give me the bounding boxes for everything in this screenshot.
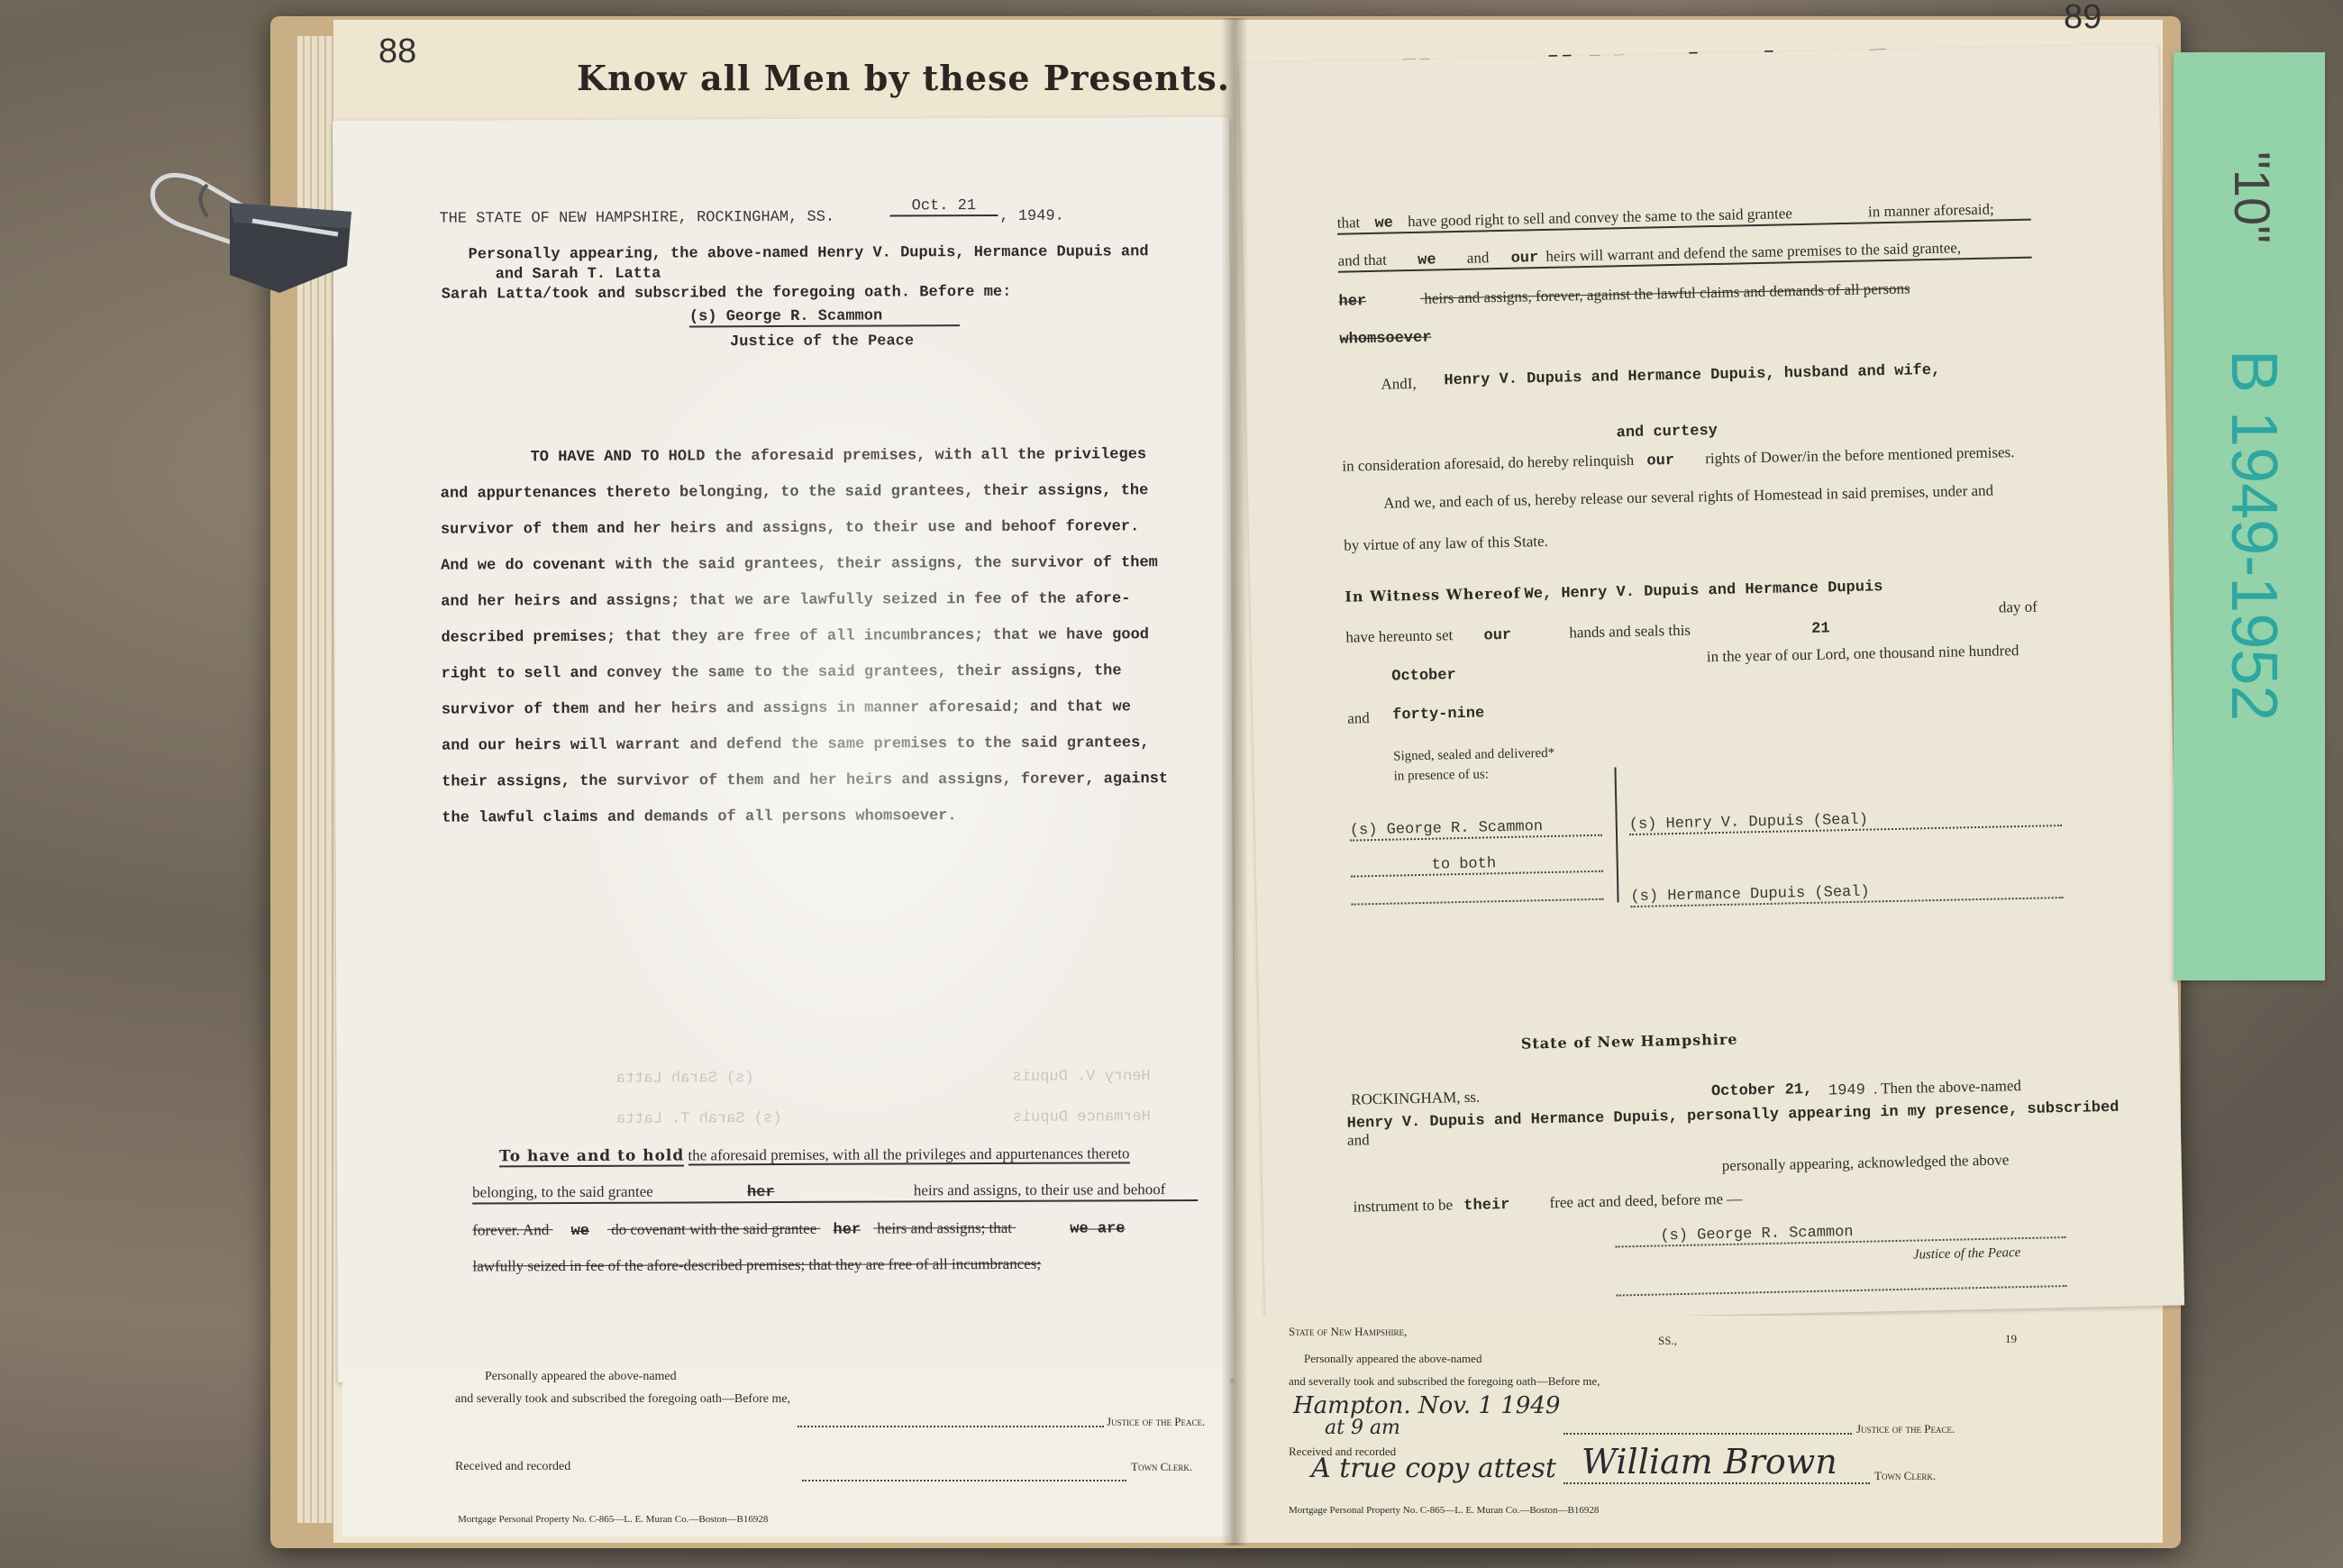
release-line1: in consideration aforesaid, do hereby re… bbox=[1342, 443, 2014, 477]
footer-line1: Personally appeared the above-named bbox=[1304, 1352, 1481, 1366]
witness-month: October bbox=[1391, 667, 1456, 685]
book-gutter bbox=[1221, 18, 1248, 1545]
printed-text: instrument to be bbox=[1353, 1196, 1453, 1215]
grantor2-signature: (s) Hermance Dupuis (Seal) bbox=[1630, 880, 2063, 907]
light-glare bbox=[541, 270, 1171, 1171]
page-number: 88 bbox=[378, 32, 416, 71]
covenant-line4: whomsoever bbox=[1339, 330, 1431, 349]
witness-heading: In Witness Whereof bbox=[1345, 585, 1521, 606]
page-header: Know all Men by these Presents. bbox=[577, 58, 1230, 98]
printed-text: and that bbox=[1337, 251, 1387, 269]
typed-insert: we are bbox=[1070, 1220, 1125, 1237]
footer-state: State of New Hampshire, bbox=[1289, 1325, 1407, 1339]
release-names: Henry V. Dupuis and Hermance Dupuis, hus… bbox=[1444, 362, 1940, 390]
printed-text: have hereunto set bbox=[1345, 626, 1453, 645]
grantor1-signature: (s) Henry V. Dupuis (Seal) bbox=[1629, 807, 2062, 835]
jp-line bbox=[1564, 1433, 1852, 1435]
printed-habendum-line4: lawfully seized in fee of the afore-desc… bbox=[472, 1255, 1041, 1276]
printed-text: and bbox=[1467, 249, 1490, 267]
notary-and: and bbox=[1347, 1131, 1370, 1150]
printed-text: that bbox=[1337, 214, 1361, 232]
footer-line2: and severally took and subscribed the fo… bbox=[1289, 1374, 1600, 1389]
typed-insert: her bbox=[1338, 293, 1366, 311]
printed-text: in manner aforesaid; bbox=[1868, 200, 1994, 220]
footer-year: 19 bbox=[2005, 1332, 2017, 1346]
notary-ack: personally appearing, acknowledged the a… bbox=[1722, 1151, 2010, 1175]
footer-jp: Justice of the Peace. bbox=[1856, 1422, 1955, 1436]
printed-line: heirs and assigns, to their use and beho… bbox=[914, 1181, 1166, 1199]
footer-clerk: Town Clerk. bbox=[1874, 1469, 1936, 1483]
typed-insert: we bbox=[1374, 214, 1393, 232]
left-footer-form: Personally appeared the above-named and … bbox=[342, 1370, 1230, 1536]
release-and: AndI, bbox=[1381, 375, 1417, 394]
printed-line: belonging, to the said grantee bbox=[472, 1183, 653, 1201]
footer-received: Received and recorded bbox=[455, 1460, 570, 1474]
release-line3: by virtue of any law of this State. bbox=[1344, 533, 1548, 555]
notary-blank-line bbox=[1617, 1285, 2067, 1296]
footer-line1: Personally appeared the above-named bbox=[485, 1370, 677, 1384]
footer-line2: and severally took and subscribed the fo… bbox=[455, 1392, 790, 1407]
notary-then: . Then the above-named bbox=[1873, 1077, 2021, 1098]
clerk-line bbox=[802, 1480, 1126, 1481]
printed-text: heirs and assigns, forever, against the … bbox=[1424, 279, 1910, 306]
footer-jp: Justice of the Peace. bbox=[1107, 1415, 1205, 1429]
ack-date: Oct. 21 bbox=[889, 197, 998, 217]
handwritten-date: Hampton. Nov. 1 1949 bbox=[1293, 1392, 1560, 1419]
witness-presence: in presence of us: bbox=[1393, 767, 1489, 784]
witness-year-words: forty-nine bbox=[1392, 705, 1484, 724]
typed-insert: our bbox=[1483, 627, 1511, 645]
printed-text: hands and seals this bbox=[1569, 622, 1691, 642]
witness-and: and bbox=[1347, 709, 1370, 728]
handwritten-time: at 9 am bbox=[1325, 1417, 1400, 1439]
notary-year: 1949 bbox=[1828, 1082, 1865, 1100]
footer-imprint: Mortgage Personal Property No. C-865—L. … bbox=[458, 1514, 768, 1525]
witness-set-row: have hereunto set our hands and seals th… bbox=[1345, 618, 1830, 647]
covenant-line1: that we have good right to sell and conv… bbox=[1337, 200, 2031, 235]
handwritten-clerk-signature: William Brown bbox=[1582, 1442, 1837, 1481]
covenant-line2: and that we and our heirs will warrant a… bbox=[1337, 238, 2031, 273]
notary-county: ROCKINGHAM, ss. bbox=[1351, 1089, 1480, 1109]
typed-insert: her bbox=[833, 1222, 861, 1239]
tab-label: B 1949-1952 bbox=[2217, 350, 2291, 721]
notary-signature: (s) George R. Scammon bbox=[1615, 1219, 2065, 1247]
printed-line: forever. And bbox=[472, 1221, 549, 1238]
printed-text: have good right to sell and convey the s… bbox=[1408, 205, 1792, 230]
state-line: THE STATE OF NEW HAMPSHIRE, ROCKINGHAM, … bbox=[439, 209, 834, 228]
clerk-line bbox=[1564, 1482, 1870, 1484]
ack-line1: Personally appearing, the above-named He… bbox=[469, 243, 1149, 263]
right-typed-sheet: that we have good right to sell and conv… bbox=[1239, 44, 2184, 1325]
printed-text: heirs will warrant and defend the same p… bbox=[1545, 239, 1961, 265]
right-footer-form: State of New Hampshire, SS., 19 Personal… bbox=[1239, 1316, 2158, 1536]
typed-day: 21 bbox=[1811, 620, 1830, 637]
typed-insert: we bbox=[571, 1223, 589, 1240]
printed-line: heirs and assigns; that bbox=[877, 1219, 1012, 1237]
witness-signed: Signed, sealed and delivered* bbox=[1393, 746, 1554, 765]
notary-date: October 21, bbox=[1711, 1081, 1813, 1100]
handwritten-attest: A true copy attest bbox=[1311, 1453, 1556, 1484]
printed-habendum-line2: belonging, to the said grantee her heirs… bbox=[472, 1181, 1198, 1205]
typed-insert: our bbox=[1646, 452, 1674, 470]
printed-text: in consideration aforesaid, do hereby re… bbox=[1342, 451, 1634, 475]
printed-line: do covenant with the said grantee bbox=[611, 1220, 816, 1238]
typed-insert: their bbox=[1463, 1197, 1509, 1215]
typed-insert: we bbox=[1418, 251, 1436, 269]
release-line2: And we, and each of us, hereby release o… bbox=[1383, 482, 1993, 513]
page-number: 89 bbox=[2064, 0, 2101, 37]
witness-note: to both bbox=[1351, 853, 1603, 878]
notary-title: Justice of the Peace bbox=[1913, 1245, 2021, 1263]
jp-line bbox=[798, 1426, 1104, 1427]
tab-note: "10" bbox=[2223, 151, 2282, 243]
witness-day-of: day of bbox=[1999, 598, 2038, 617]
ack-year: , 1949. bbox=[999, 208, 1064, 225]
covenant-line3: her heirs and assigns, forever, against … bbox=[1338, 279, 1910, 310]
printed-text: free act and deed, before me — bbox=[1549, 1190, 1742, 1211]
printed-habendum-line3: forever. And we do covenant with the sai… bbox=[472, 1218, 1125, 1240]
witness-heading-row: In Witness Whereof We, Henry V. Dupuis a… bbox=[1345, 577, 1883, 606]
notary-heading: State of New Hampshire bbox=[1521, 1031, 1738, 1053]
typed-insert: her bbox=[747, 1184, 775, 1201]
witness-blank-line bbox=[1352, 898, 1604, 906]
signature-bracket bbox=[1614, 767, 1618, 902]
footer-ss: SS., bbox=[1658, 1334, 1677, 1348]
witness-year-text: in the year of our Lord, one thousand ni… bbox=[1707, 642, 2019, 666]
typed-insert: our bbox=[1510, 250, 1538, 268]
binder-clip-icon[interactable] bbox=[144, 149, 360, 320]
footer-clerk: Town Clerk. bbox=[1131, 1460, 1192, 1474]
index-tab[interactable]: "10" B 1949-1952 bbox=[2174, 52, 2325, 980]
release-insert: and curtesy bbox=[1616, 423, 1718, 442]
notary-instrument-row: instrument to be their free act and deed… bbox=[1353, 1190, 1742, 1217]
witness-signature: (s) George R. Scammon bbox=[1350, 817, 1602, 842]
witness-names: We, Henry V. Dupuis and Hermance Dupuis bbox=[1524, 579, 1883, 603]
footer-imprint: Mortgage Personal Property No. C-865—L. … bbox=[1289, 1505, 1599, 1516]
printed-text: rights of Dower/in the before mentioned … bbox=[1705, 443, 2015, 467]
